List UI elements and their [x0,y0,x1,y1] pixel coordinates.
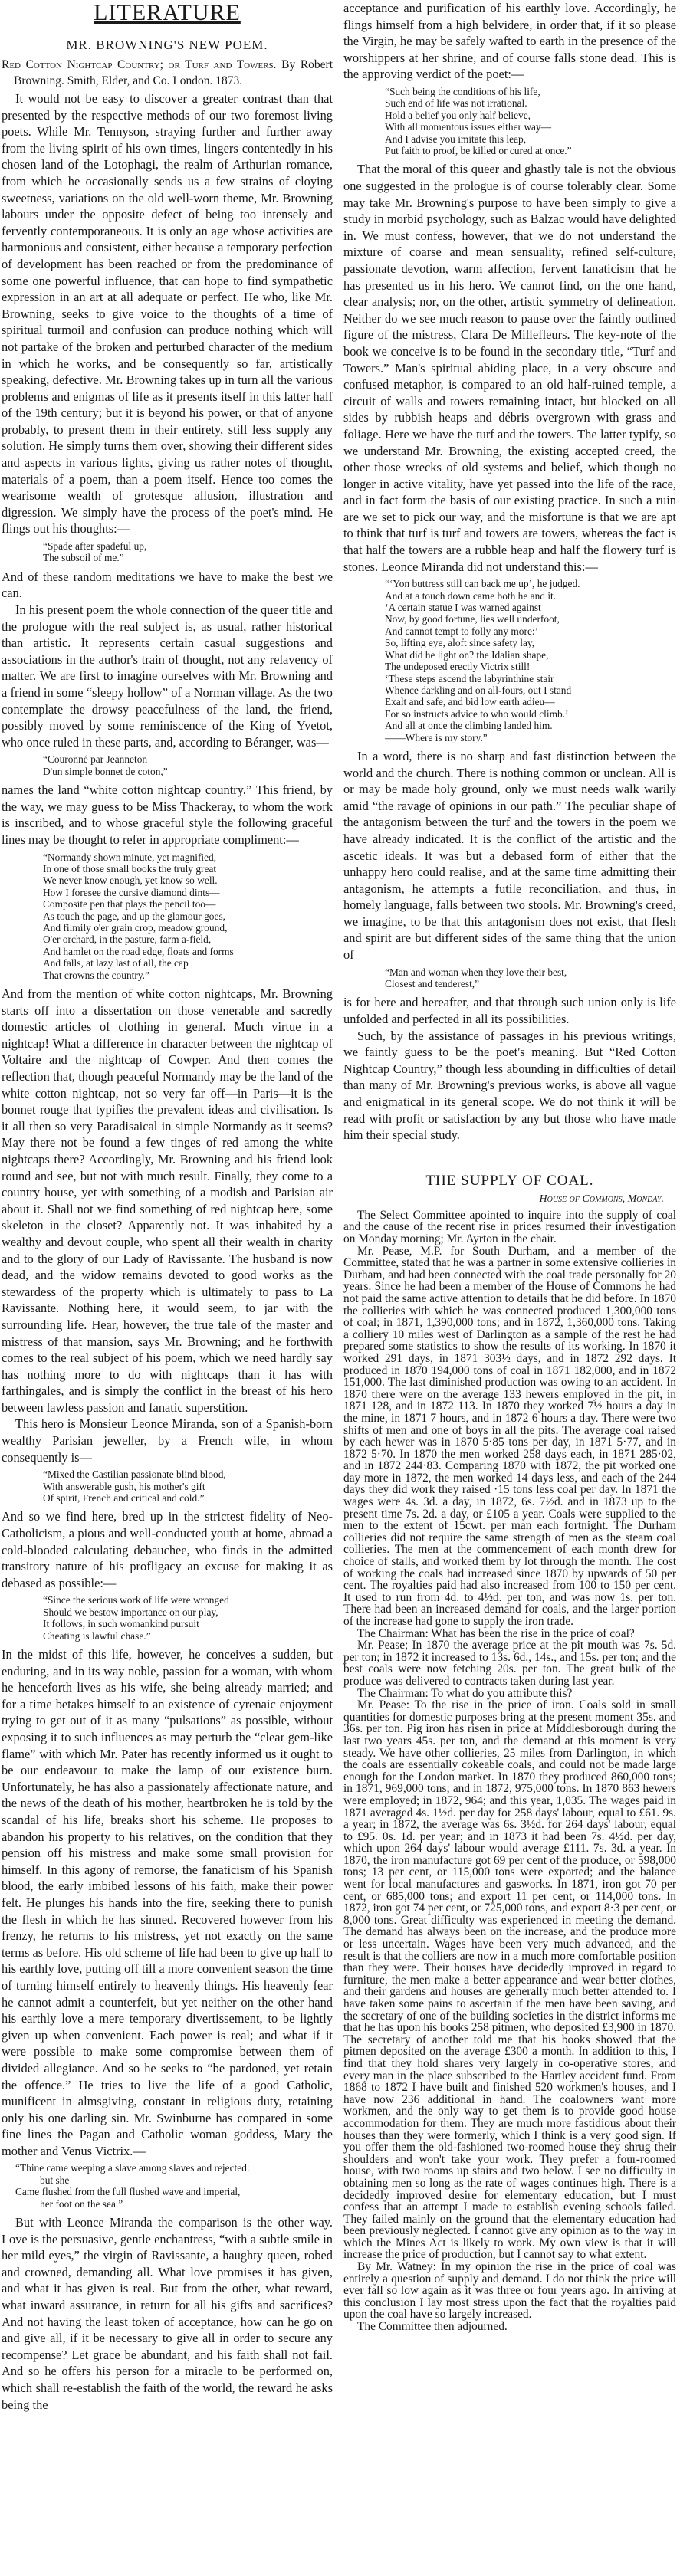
verse-line: As touch the page, and up the glamour go… [43,911,333,922]
verse-line: Cheating is lawful chase.” [43,1630,333,1642]
verse-line: “Such being the conditions of his life, [385,86,676,97]
paragraph: It would not be easy to discover a great… [2,90,333,537]
paragraph: In the midst of this life, however, he c… [2,1646,333,2159]
verse-line: but she [15,2174,333,2186]
browning-review-body-left: It would not be easy to discover a great… [2,90,333,2413]
verse-line: With answerable gush, his mother's gift [43,1481,333,1492]
verse-line: Hold a belief you only half believe, [385,110,676,121]
verse-quotation: “Thine came weeping a slave among slaves… [2,2162,333,2210]
verse-line: The subsoil of me.” [43,552,333,563]
verse-line: “‘Yon buttress still can back me up’, he… [385,578,676,589]
paragraph: Mr. Pease, M.P. for South Durham, and a … [343,1245,676,1628]
verse-line: And at a touch down came both he and it. [385,590,676,602]
verse-line: How I foresee the cursive diamond dints— [43,887,333,898]
paragraph: The Select Committee apointed to inquire… [343,1209,676,1245]
verse-quotation: “‘Yon buttress still can back me up’, he… [343,578,676,743]
verse-line: Put faith to proof, be killed or cured a… [385,145,676,156]
verse-line: “Mixed the Castilian passionate blind bl… [43,1468,333,1480]
article-title-browning: MR. BROWNING'S NEW POEM. [2,37,333,54]
verse-line: “Couronné par Jeanneton [43,753,333,765]
verse-line: And cannot tempt to folly any more:’ [385,625,676,637]
verse-line: So, lifting eye, aloft since safety lay, [385,637,676,648]
verse-line: For so instructs advice to who would cli… [385,708,676,720]
paragraph: Such, by the assistance of passages in h… [343,1028,676,1144]
verse-line: What did he light on? the Idalian shape, [385,649,676,661]
verse-line: Came flushed from the full flushed wave … [15,2186,333,2197]
paragraph: names the land “white cotton nightcap co… [2,782,333,848]
verse-line: And falls, at lazy last of all, the cap [43,957,333,969]
paragraph: In his present poem the whole connection… [2,602,333,750]
coal-article-body: The Select Committee apointed to inquire… [343,1209,676,2333]
dateline: House of Commons, Monday. [343,1193,664,1206]
verse-quotation: “Since the serious work of life were wro… [2,1594,333,1642]
paragraph: Mr. Pease: To the rise in the price of i… [343,1699,676,2261]
paragraph: The Committee then adjourned. [343,2321,676,2333]
verse-line: “Thine came weeping a slave among slaves… [15,2162,333,2174]
verse-line: We never know enough, yet know so well. [43,875,333,886]
verse-line: It follows, in such womankind pursuit [43,1618,333,1629]
verse-line: And I advise you imitate this leap, [385,133,676,145]
paragraph: And from the mention of white cotton nig… [2,986,333,1416]
paragraph: This hero is Monsieur Leonce Miranda, so… [2,1416,333,1465]
paragraph: And of these random meditations we have … [2,569,333,602]
paragraph: The Chairman: To what do you attribute t… [343,1688,676,1700]
browning-review-body-right: acceptance and purification of his earth… [343,0,676,1144]
verse-line: And filmily o'er grain crop, meadow grou… [43,922,333,934]
section-title: LITERATURE [2,0,333,26]
verse-line: Of spirit, French and critical and cold.… [43,1492,333,1504]
verse-line: Whence darkling and on all-fours, out I … [385,684,676,696]
verse-line: O'er orchard, in the pasture, farm a-fie… [43,934,333,945]
verse-line: “Normandy shown minute, yet magnified, [43,852,333,863]
verse-line: Closest and tenderest,” [385,978,676,989]
verse-quotation: “Normandy shown minute, yet magnified,In… [2,852,333,981]
newspaper-page: LITERATURE MR. BROWNING'S NEW POEM. Red … [0,0,690,2576]
verse-line: Such end of life was not irrational. [385,97,676,109]
paragraph: But with Leonce Miranda the comparison i… [2,2214,333,2413]
verse-line: That crowns the country.” [43,970,333,981]
verse-line: Composite pen that plays the pencil too— [43,898,333,910]
verse-quotation: “Man and woman when they love their best… [343,966,676,990]
paragraph: And so we find here, bred up in the stri… [2,1508,333,1591]
book-citation: Red Cotton Nightcap Country; or Turf and… [2,57,333,89]
verse-line: And hamlet on the road edge, floats and … [43,946,333,957]
paragraph: In a word, there is no sharp and fast di… [343,748,676,963]
verse-line: The undeposed erectly Victrix still! [385,661,676,672]
verse-line: Should we bestow importance on our play, [43,1606,333,1618]
verse-quotation: “Mixed the Castilian passionate blind bl… [2,1468,333,1504]
verse-line: Now, by good fortune, lies well underfoo… [385,613,676,625]
verse-line: Exalt and safe, and bid low earth adieu— [385,696,676,707]
right-column: acceptance and purification of his earth… [339,0,678,2576]
paragraph: Mr. Pease; In 1870 the average price at … [343,1639,676,1687]
book-title: Red Cotton Nightcap Country; or Turf and… [2,58,277,71]
verse-line: With all momentous issues either way— [385,121,676,133]
verse-line: “Since the serious work of life were wro… [43,1594,333,1606]
paragraph: That the moral of this queer and ghastly… [343,161,676,575]
verse-quotation: “Spade after spadeful up,The subsoil of … [2,540,333,564]
article-title-coal: THE SUPPLY OF COAL. [343,1173,676,1190]
verse-line: In one of those small books the truly gr… [43,863,333,875]
verse-line: her foot on the sea.” [15,2198,333,2210]
paragraph: The Chairman: What has been the rise in … [343,1628,676,1640]
verse-line: D'un simple bonnet de coton,” [43,766,333,777]
paragraph: By Mr. Watney: In my opinion the rise in… [343,2261,676,2321]
verse-line: “Spade after spadeful up, [43,540,333,552]
verse-line: ‘These steps ascend the labyrinthine sta… [385,673,676,684]
verse-line: And all at once the climbing landed him. [385,720,676,731]
paragraph: is for here and hereafter, and that thro… [343,994,676,1027]
verse-line: “Man and woman when they love their best… [385,966,676,978]
paragraph: acceptance and purification of his earth… [343,0,676,83]
verse-quotation: “Couronné par JeannetonD'un simple bonne… [2,753,333,777]
left-column: LITERATURE MR. BROWNING'S NEW POEM. Red … [0,0,339,2576]
verse-line: ——Where is my story.” [385,732,676,743]
verse-line: ‘A certain statue I was warned against [385,602,676,613]
verse-quotation: “Such being the conditions of his life,S… [343,86,676,156]
